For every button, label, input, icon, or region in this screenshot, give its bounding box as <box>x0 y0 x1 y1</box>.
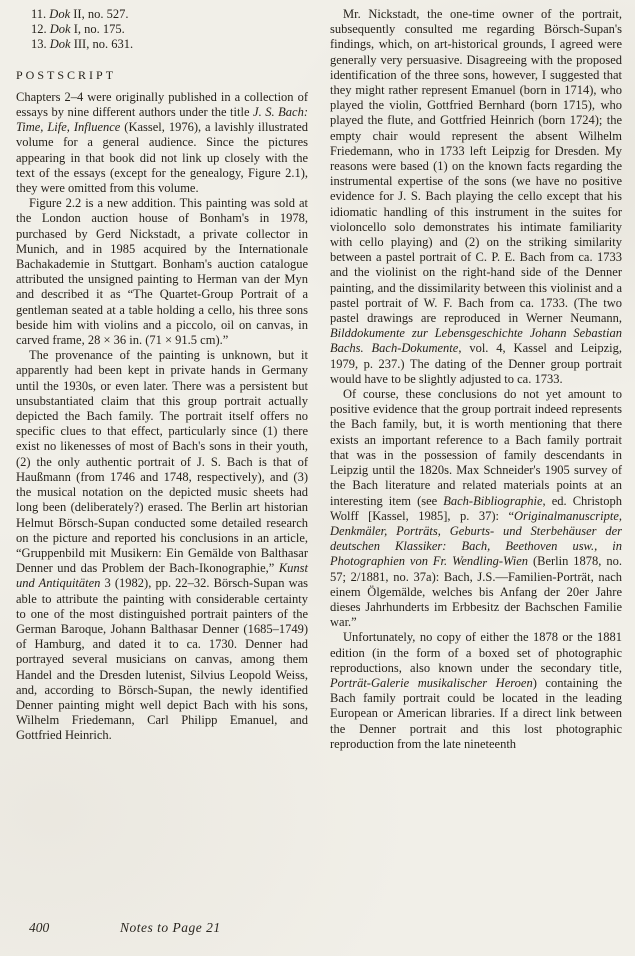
body-paragraph: Chapters 2–4 were originally published i… <box>16 90 308 196</box>
note-item: 12. Dok I, no. 175. <box>31 22 308 37</box>
body-paragraph: Figure 2.2 is a new addition. This paint… <box>16 196 308 348</box>
note-item: 11. Dok II, no. 527. <box>31 7 308 22</box>
book-page: 11. Dok II, no. 527. 12. Dok I, no. 175.… <box>0 0 635 956</box>
body-paragraph: Unfortunately, no copy of either the 187… <box>330 630 622 752</box>
text-columns: 11. Dok II, no. 527. 12. Dok I, no. 175.… <box>0 0 635 752</box>
left-column: 11. Dok II, no. 527. 12. Dok I, no. 175.… <box>16 7 308 752</box>
notes-list: 11. Dok II, no. 527. 12. Dok I, no. 175.… <box>16 7 308 53</box>
postscript-heading: POSTSCRIPT <box>16 68 308 83</box>
running-footer-title: Notes to Page 21 <box>120 920 221 936</box>
note-item: 13. Dok III, no. 631. <box>31 37 308 52</box>
body-paragraph: Mr. Nickstadt, the one-time owner of the… <box>330 7 622 387</box>
right-column: Mr. Nickstadt, the one-time owner of the… <box>330 7 622 752</box>
body-paragraph: Of course, these conclusions do not yet … <box>330 387 622 630</box>
body-paragraph: The provenance of the painting is unknow… <box>16 348 308 743</box>
page-number: 400 <box>29 920 49 936</box>
